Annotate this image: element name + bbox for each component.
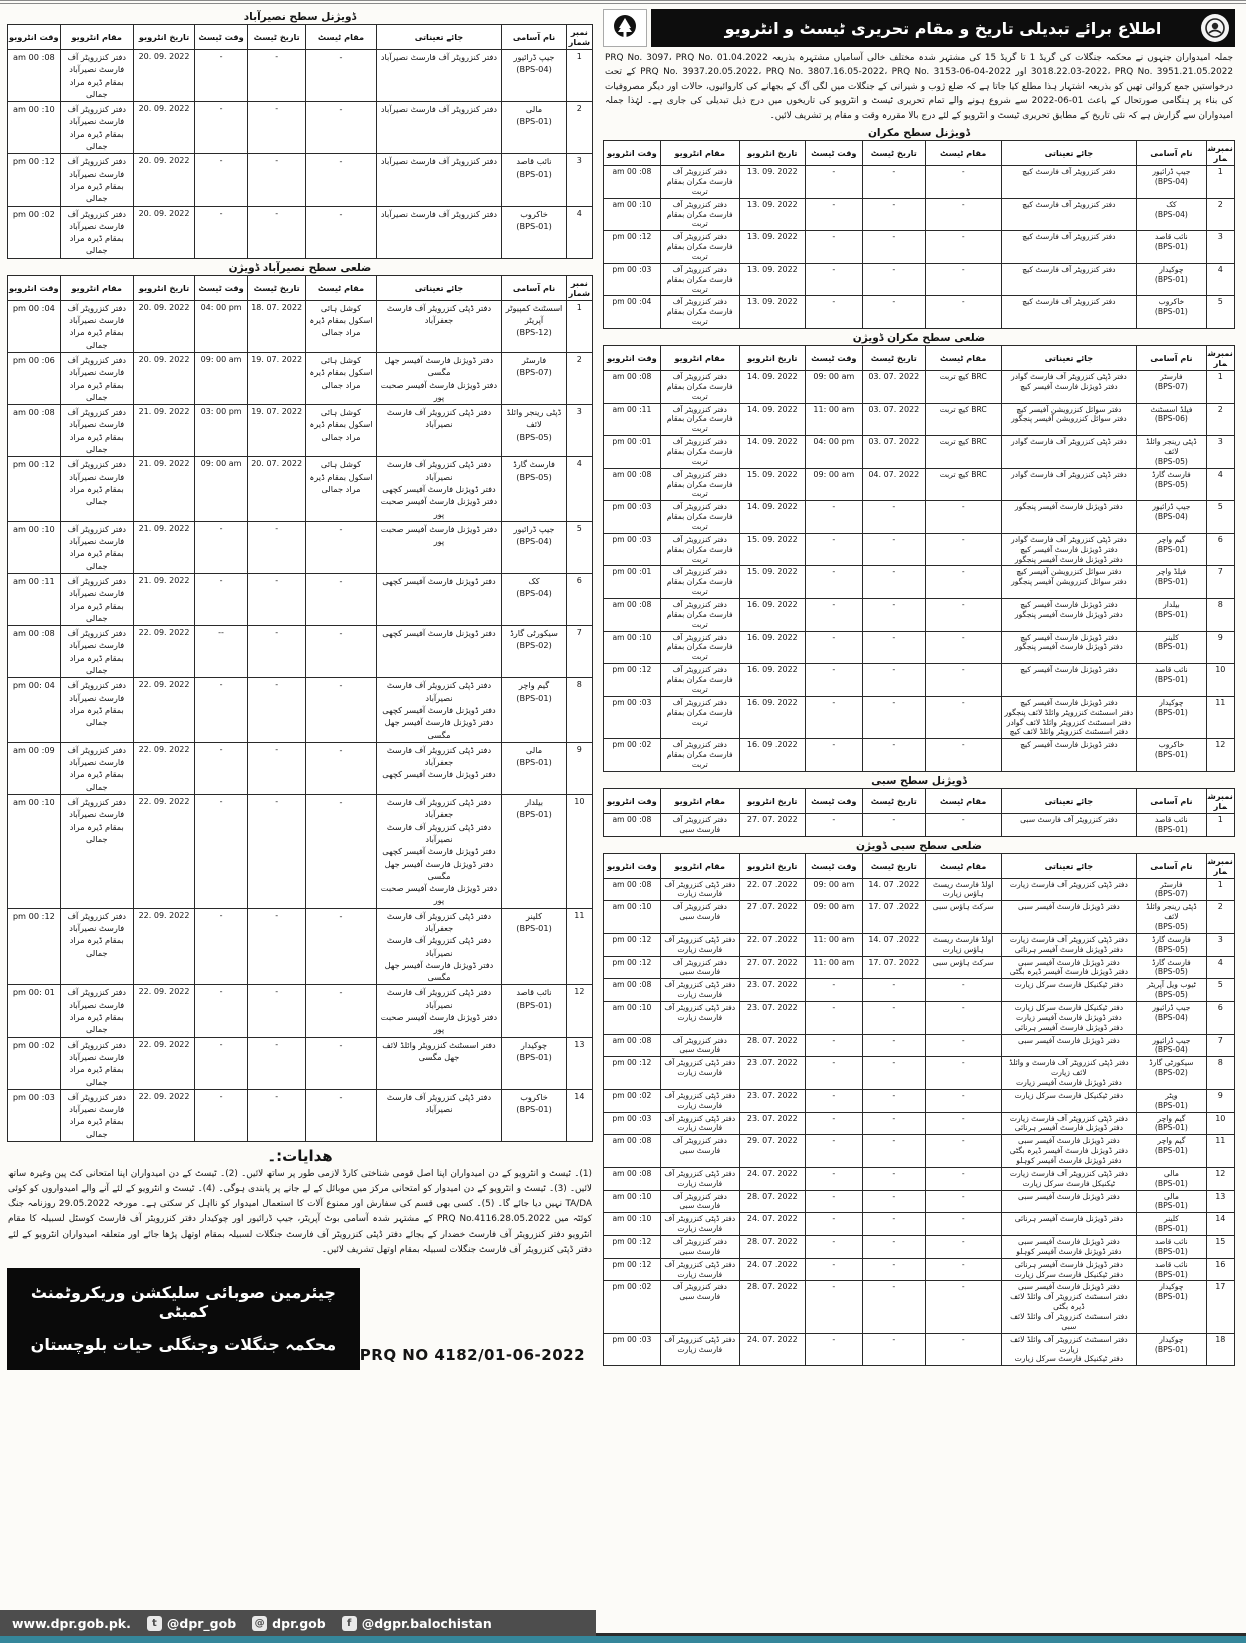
cell-interview-date: 16. 09. 2022 xyxy=(739,664,805,697)
cell-test-date: 19. 07. 2022 xyxy=(247,352,306,404)
cell-posting: دفتر ڈویژنل فارسٹ آفیسر جھل مگسی دفتر ڈو… xyxy=(376,352,502,404)
cell-test-date: - xyxy=(247,795,306,909)
cell-test-date: - xyxy=(862,1236,925,1259)
cell-post: کک (BPS-04) xyxy=(502,573,566,625)
cell-interview-location: دفتر کنزرویٹر آف فارسٹ مکران بمقام تربت xyxy=(660,263,739,296)
column-header: نمبرشمار xyxy=(1206,853,1234,878)
cell-test-location: کوشل ہائی اسکول بمقام ڈیرہ مراد جمالی xyxy=(306,405,376,457)
cell-serial: 7 xyxy=(1206,566,1234,599)
cell-post: فارسٹ گارڈ (BPS-05) xyxy=(1137,468,1206,501)
cell-interview-date: 23 .07. 2022 xyxy=(739,1057,805,1090)
cell-interview-date: 22. 09. 2022 xyxy=(133,678,194,742)
cell-interview-location: دفتر کنزرویٹر آف فارسٹ مکران بمقام تربت xyxy=(660,166,739,199)
cell-posting: دفتر ڈپٹی کنزرویٹر آف فارسٹ نصیرآباد xyxy=(376,405,502,457)
cell-interview-location: دفتر کنزرویٹر آف فارسٹ سبی xyxy=(660,1034,739,1057)
cell-interview-date: 16. 09 .2022 xyxy=(739,739,805,772)
cell-interview-location: دفتر کنزرویٹر آف فارسٹ سبی xyxy=(660,1190,739,1213)
cell-interview-location: دفتر ڈپٹی کنزرویٹر آف فارسٹ زیارت xyxy=(660,1213,739,1236)
cell-test-time: - xyxy=(805,1213,862,1236)
cell-test-time: - xyxy=(195,573,248,625)
cell-serial: 13 xyxy=(566,1037,592,1089)
column-header: وقت ٹیسٹ xyxy=(805,788,862,813)
table-row: 5خاکروب (BPS-01)دفتر کنزرویٹر آف فارسٹ ک… xyxy=(604,296,1235,329)
cell-test-date: - xyxy=(247,678,306,742)
cell-serial: 17 xyxy=(1206,1281,1234,1333)
cell-serial: 8 xyxy=(566,678,592,742)
cell-interview-date: 14. 09. 2022 xyxy=(739,403,805,436)
cell-test-time: - xyxy=(195,678,248,742)
cell-test-date: - xyxy=(862,631,925,664)
cell-interview-time: 10: 00 am xyxy=(604,198,661,231)
table-row: 2فارسٹر (BPS-07)دفتر ڈویژنل فارسٹ آفیسر … xyxy=(8,352,593,404)
schedule-table: نمبرشمارنام آسامیجائے تعیناتیمقام ٹیسٹتا… xyxy=(7,275,593,1142)
cell-test-date: - xyxy=(862,1112,925,1135)
cell-posting: دفتر ڈویژنل فارسٹ آفیسر کیچ دفتر ڈویژنل … xyxy=(1001,599,1137,632)
table-row: 1نائب قاصد (BPS-01)دفتر کنزرویٹر آف فارس… xyxy=(604,813,1235,836)
cell-test-time: - xyxy=(805,501,862,534)
cell-test-date: - xyxy=(247,154,306,206)
table-row: 4خاکروب (BPS-01)دفتر کنزرویٹر آف فارسٹ ن… xyxy=(8,206,593,258)
cell-test-time: - xyxy=(805,1057,862,1090)
cell-post: چوکیدار (BPS-01) xyxy=(1137,696,1206,738)
cell-interview-location: دفتر ڈپٹی کنزرویٹر آف فارسٹ زیارت xyxy=(660,933,739,956)
cell-posting: دفتر ڈپٹی کنزرویٹر آف فارسٹ گوادر دفتر ڈ… xyxy=(1001,533,1137,566)
cell-interview-time: 12: 00 pm xyxy=(604,1258,661,1281)
column-header: تاریخ انٹرویو xyxy=(739,853,805,878)
cell-test-time: - xyxy=(805,1167,862,1190)
cell-test-time: - xyxy=(805,231,862,264)
cell-interview-time: 12: 00 pm xyxy=(604,933,661,956)
cell-posting: دفتر کنزرویٹر آف فارسٹ نصیرآباد xyxy=(376,206,502,258)
cell-test-location: اولڈ فارسٹ ریسٹ ہاؤس زیارت xyxy=(925,933,1001,956)
cell-post: جیپ ڈرائیور (BPS-04) xyxy=(1137,1034,1206,1057)
cell-serial: 5 xyxy=(566,521,592,573)
crest-glyph xyxy=(1205,18,1225,38)
cell-interview-date: 22. 07 .2022 xyxy=(739,878,805,901)
cell-post: فارسٹر (BPS-07) xyxy=(1137,878,1206,901)
header-row: نمبرشمارنام آسامیجائے تعیناتیمقام ٹیسٹتا… xyxy=(604,141,1235,166)
cell-test-location: سرکٹ ہاؤس سبی xyxy=(925,901,1001,934)
cell-test-time: 09: 00 am xyxy=(805,901,862,934)
cell-interview-date: 21. 09. 2022 xyxy=(133,573,194,625)
cell-posting: دفتر ڈویژنل فارسٹ آفیسر پنجگور xyxy=(1001,501,1137,534)
cell-test-date: - xyxy=(247,742,306,794)
cell-post: جیپ ڈرائیور (BPS-04) xyxy=(502,521,566,573)
table-row: 1جیپ ڈرائیور (BPS-04)دفتر کنزرویٹر آف فا… xyxy=(604,166,1235,199)
cell-interview-location: دفتر کنزرویٹر آف فارسٹ سبی xyxy=(660,1135,739,1168)
cell-test-time: - xyxy=(195,154,248,206)
cell-test-date: - xyxy=(862,1213,925,1236)
cell-interview-location: دفتر کنزرویٹر آف فارسٹ مکران بمقام تربت xyxy=(660,739,739,772)
cell-post: فارسٹ گارڈ (BPS-05) xyxy=(1137,956,1206,979)
cell-test-location: - xyxy=(306,206,376,258)
cell-interview-location: دفتر کنزرویٹر آف فارسٹ نصیرآباد بمقام ڈی… xyxy=(60,352,133,404)
cell-test-date: - xyxy=(862,1057,925,1090)
table-row: 8گیم واچر (BPS-01)دفتر ڈپٹی کنزرویٹر آف … xyxy=(8,678,593,742)
cell-test-location: سرکٹ ہاؤس سبی xyxy=(925,956,1001,979)
cell-interview-time: 08: 00 am xyxy=(604,878,661,901)
cell-interview-date: 20. 09. 2022 xyxy=(133,352,194,404)
cell-serial: 18 xyxy=(1206,1333,1234,1366)
cell-interview-time: 12: 00 pm xyxy=(604,956,661,979)
website-label: www.dpr.gob.pk. xyxy=(12,1616,131,1631)
cell-test-time: - xyxy=(805,198,862,231)
cell-interview-time: 02: 00 pm xyxy=(604,739,661,772)
cell-serial: 12 xyxy=(1206,1167,1234,1190)
column-header: نام آسامی xyxy=(1137,788,1206,813)
table-row: 6کک (BPS-04)دفتر ڈویژنل فارسٹ آفیسر کچھی… xyxy=(8,573,593,625)
cell-test-date: - xyxy=(862,813,925,836)
notice-intro-paragraph: جملہ امیدواران جنہوں نے محکمہ جنگلات کی … xyxy=(603,50,1235,124)
cell-test-time: - xyxy=(805,533,862,566)
cell-serial: 1 xyxy=(1206,166,1234,199)
notice-header: اطلاع برائے تبدیلی تاریخ و مقام تحریری ٹ… xyxy=(603,9,1235,47)
cell-test-time: - xyxy=(195,985,248,1037)
cell-interview-location: دفتر کنزرویٹر آف فارسٹ مکران بمقام تربت xyxy=(660,468,739,501)
cell-interview-time: 08: 00 am xyxy=(604,468,661,501)
tree-logo-glyph xyxy=(612,14,638,42)
notice-title-banner: اطلاع برائے تبدیلی تاریخ و مقام تحریری ٹ… xyxy=(651,9,1235,47)
cell-post: نائب قاصد (BPS-01) xyxy=(502,985,566,1037)
cell-test-location: - xyxy=(925,166,1001,199)
cell-post: فیلڈ واچر (BPS-01) xyxy=(1137,566,1206,599)
column-header: نام آسامی xyxy=(502,25,566,50)
table-section-title: ڈویژنل سطح مکران xyxy=(603,125,1235,140)
column-header: مقام انٹرویو xyxy=(660,853,739,878)
cell-post: سیکورٹی گارڈ (BPS-02) xyxy=(1137,1057,1206,1090)
cell-interview-location: دفتر کنزرویٹر آف فارسٹ سبی xyxy=(660,1281,739,1333)
table-row: 5جیپ ڈرائیور (BPS-04)دفتر ڈویژنل فارسٹ آ… xyxy=(8,521,593,573)
notice-page: ڈویژنل سطح نصیرآبادنمبرشمارنام آسامیجائے… xyxy=(0,0,1246,1643)
cell-interview-location: دفتر کنزرویٹر آف فارسٹ مکران بمقام تربت xyxy=(660,664,739,697)
cell-test-time: - xyxy=(195,102,248,154)
table-row: 8سیکورٹی گارڈ (BPS-02)دفتر ڈپٹی کنزرویٹر… xyxy=(604,1057,1235,1090)
cell-test-location: - xyxy=(925,979,1001,1002)
table-row: 13چوکیدار (BPS-01)دفتر اسسٹنٹ کنزرویٹر و… xyxy=(8,1037,593,1089)
cell-test-time: - xyxy=(195,795,248,909)
cell-posting: دفتر ڈپٹی کنزرویٹر آف فارسٹ نصیرآباد دفت… xyxy=(376,678,502,742)
table-row: 7سیکورٹی گارڈ (BPS-02)دفتر ڈویژنل فارسٹ … xyxy=(8,626,593,678)
cell-test-time: - xyxy=(805,1034,862,1057)
column-header: وقت ٹیسٹ xyxy=(195,25,248,50)
cell-test-location: - xyxy=(925,631,1001,664)
cell-posting: دفتر کنزرویٹر آف فارسٹ نصیرآباد xyxy=(376,102,502,154)
instructions-text: (1)۔ ٹیسٹ و انٹرویو کے دن امیدواران اپنا… xyxy=(7,1167,593,1258)
cell-test-date: - xyxy=(862,1333,925,1366)
cell-test-time: 09: 00 am xyxy=(195,457,248,521)
cell-serial: 2 xyxy=(1206,403,1234,436)
table-row: 4چوکیدار (BPS-01)دفتر کنزرویٹر آف فارسٹ … xyxy=(604,263,1235,296)
cell-test-time: - xyxy=(805,1135,862,1168)
cell-posting: دفتر ڈویژنل فارسٹ آفیسر سبی xyxy=(1001,901,1137,934)
cell-test-location: - xyxy=(925,1213,1001,1236)
cell-test-date: - xyxy=(862,296,925,329)
cell-test-location: - xyxy=(306,742,376,794)
cell-post: خاکروب (BPS-01) xyxy=(502,1089,566,1141)
cell-test-location: - xyxy=(306,795,376,909)
cell-test-time: -- xyxy=(195,626,248,678)
cell-test-time: 04: 00 pm xyxy=(805,436,862,469)
table-row: 3ڈپٹی رینجر وائلڈ لائف (BPS-05)دفتر ڈپٹی… xyxy=(604,436,1235,469)
cell-serial: 3 xyxy=(1206,231,1234,264)
cell-interview-date: 20. 09. 2022 xyxy=(133,154,194,206)
column-header: نمبرشمار xyxy=(566,275,592,300)
table-row: 8بیلدار (BPS-01)دفتر ڈویژنل فارسٹ آفیسر … xyxy=(604,599,1235,632)
cell-serial: 11 xyxy=(1206,1135,1234,1168)
cell-post: ٹیوب ویل آپریٹر (BPS-05) xyxy=(1137,979,1206,1002)
table-row: 11چوکیدار (BPS-01)دفتر ڈویژنل فارسٹ آفیس… xyxy=(604,696,1235,738)
cell-interview-date: 29. 07. 2022 xyxy=(739,1135,805,1168)
cell-interview-date: 16. 09. 2022 xyxy=(739,696,805,738)
cell-interview-location: دفتر کنزرویٹر آف فارسٹ مکران بمقام تربت xyxy=(660,631,739,664)
cell-test-date: - xyxy=(862,739,925,772)
cell-interview-location: دفتر کنزرویٹر آف فارسٹ مکران بمقام تربت xyxy=(660,566,739,599)
cell-test-location: اولڈ فارسٹ ریسٹ ہاؤس زیارت xyxy=(925,878,1001,901)
cell-interview-date: 22. 09. 2022 xyxy=(133,908,194,985)
cell-test-time: - xyxy=(195,1089,248,1141)
cell-test-time: 11: 00 am xyxy=(805,933,862,956)
cell-test-location: - xyxy=(925,696,1001,738)
cell-interview-date: 28. 07. 2022 xyxy=(739,1034,805,1057)
cell-interview-date: 24. 07. 2022 xyxy=(739,1333,805,1366)
cell-interview-location: دفتر کنزرویٹر آف فارسٹ نصیرآباد بمقام ڈی… xyxy=(60,50,133,102)
column-header: وقت ٹیسٹ xyxy=(195,275,248,300)
cell-interview-date: 22. 07 .2022 xyxy=(739,933,805,956)
cell-posting: دفتر اسسٹنٹ کنزرویٹر آف وائلڈ لائف زیارت… xyxy=(1001,1333,1137,1366)
cell-interview-time: 03: 00 pm xyxy=(604,533,661,566)
cell-post: کک (BPS-04) xyxy=(1137,198,1206,231)
column-header: جائے تعیناتی xyxy=(1001,788,1137,813)
signature-line-1: چیئرمین صوبائی سلیکشن وریکروٹمنٹ کمیٹی xyxy=(13,1283,354,1321)
cell-interview-time: 04 :00 pm xyxy=(8,678,61,742)
table-row: 9کلینر (BPS-01)دفتر ڈویژنل فارسٹ آفیسر ک… xyxy=(604,631,1235,664)
column-header: نمبرشمار xyxy=(1206,788,1234,813)
table-row: 1فارسٹر (BPS-07)دفتر ڈپٹی کنزرویٹر آف فا… xyxy=(604,878,1235,901)
website-link: www.dpr.gob.pk. xyxy=(12,1616,131,1631)
cell-serial: 10 xyxy=(1206,664,1234,697)
table-row: 7جیپ ڈرائیور (BPS-04)دفتر ڈویژنل فارسٹ آ… xyxy=(604,1034,1235,1057)
cell-test-date: - xyxy=(247,1037,306,1089)
cell-serial: 11 xyxy=(566,908,592,985)
table-section-title: ڈویژنل سطح نصیرآباد xyxy=(7,9,593,24)
cell-interview-location: دفتر کنزرویٹر آف فارسٹ سبی xyxy=(660,956,739,979)
column-header: مقام ٹیسٹ xyxy=(925,788,1001,813)
cell-post: ویٹر (BPS-01) xyxy=(1137,1089,1206,1112)
cell-interview-location: دفتر کنزرویٹر آف فارسٹ مکران بمقام تربت xyxy=(660,599,739,632)
cell-post: فارسٹر (BPS-07) xyxy=(502,352,566,404)
cell-test-location: BRC کیچ تربت xyxy=(925,436,1001,469)
instructions-heading: هدایات:۔ xyxy=(7,1147,593,1165)
cell-post: خاکروب (BPS-01) xyxy=(1137,739,1206,772)
cell-test-date: - xyxy=(247,908,306,985)
cell-interview-date: 27. 07. 2022 xyxy=(739,813,805,836)
cell-test-time: - xyxy=(805,1281,862,1333)
table-row: 7فیلڈ واچر (BPS-01)دفتر سوائل کنزرویشن آ… xyxy=(604,566,1235,599)
cell-serial: 13 xyxy=(1206,1190,1234,1213)
cell-test-location: - xyxy=(925,1112,1001,1135)
cell-post: کلینر (BPS-01) xyxy=(502,908,566,985)
cell-interview-location: دفتر ڈپٹی کنزرویٹر آف فارسٹ زیارت xyxy=(660,1167,739,1190)
cell-test-date: - xyxy=(247,573,306,625)
cell-posting: دفتر ڈپٹی کنزرویٹر آف فارسٹ و وائلڈ لائف… xyxy=(1001,1057,1137,1090)
cell-interview-date: 21. 09. 2022 xyxy=(133,521,194,573)
cell-post: گیم واچر (BPS-01) xyxy=(1137,1112,1206,1135)
cell-serial: 15 xyxy=(1206,1236,1234,1259)
cell-test-date: - xyxy=(862,566,925,599)
table-row: 12خاکروب (BPS-01)دفتر ڈویژنل فارسٹ آفیسر… xyxy=(604,739,1235,772)
cell-test-time: 09: 00 am xyxy=(195,352,248,404)
cell-test-time: - xyxy=(805,263,862,296)
instagram-icon: @ xyxy=(252,1616,267,1631)
cell-test-location: - xyxy=(925,566,1001,599)
cell-interview-date: 15. 09. 2022 xyxy=(739,533,805,566)
cell-interview-date: 15. 09. 2022 xyxy=(739,566,805,599)
schedule-table: نمبرشمارنام آسامیجائے تعیناتیمقام ٹیسٹتا… xyxy=(603,140,1235,329)
column-header: تاریخ انٹرویو xyxy=(133,275,194,300)
cell-post: مالی (BPS-01) xyxy=(1137,1190,1206,1213)
cell-interview-time: 02: 00 pm xyxy=(8,206,61,258)
column-header: تاریخ انٹرویو xyxy=(739,346,805,371)
cell-post: نائب قاصد (BPS-01) xyxy=(1137,813,1206,836)
cell-test-date: - xyxy=(862,231,925,264)
cell-serial: 2 xyxy=(566,352,592,404)
cell-posting: دفتر کنزرویٹر آف فارسٹ کیچ xyxy=(1001,231,1137,264)
cell-posting: دفتر ڈویژنل فارسٹ آفیسر کیچ xyxy=(1001,664,1137,697)
cell-serial: 5 xyxy=(1206,296,1234,329)
column-header: مقام ٹیسٹ xyxy=(306,275,376,300)
cell-interview-location: دفتر کنزرویٹر آف فارسٹ سبی xyxy=(660,813,739,836)
table-row: 9ویٹر (BPS-01)دفتر ٹیکنیکل فارسٹ سرکل زی… xyxy=(604,1089,1235,1112)
cell-interview-date: 23. 07. 2022 xyxy=(739,979,805,1002)
cell-test-time: - xyxy=(805,566,862,599)
cell-interview-location: دفتر کنزرویٹر آف فارسٹ مکران بمقام تربت xyxy=(660,696,739,738)
table-row: 3ڈپٹی رینجر وائلڈ لائف (BPS-05)دفتر ڈپٹی… xyxy=(8,405,593,457)
cell-interview-location: دفتر ڈپٹی کنزرویٹر آف فارسٹ زیارت xyxy=(660,1001,739,1034)
cell-interview-location: دفتر کنزرویٹر آف فارسٹ مکران بمقام تربت xyxy=(660,533,739,566)
cell-interview-time: 12: 00 pm xyxy=(8,154,61,206)
cell-test-location: - xyxy=(925,1333,1001,1366)
cell-post: نائب قاصد (BPS-01) xyxy=(1137,1258,1206,1281)
table-row: 9مالی (BPS-01)دفتر ڈپٹی کنزرویٹر آف فارس… xyxy=(8,742,593,794)
table-row: 13مالی (BPS-01)دفتر ڈویژنل فارسٹ آفیسر س… xyxy=(604,1190,1235,1213)
cell-test-time: 09: 00 am xyxy=(805,878,862,901)
cell-posting: دفتر ڈپٹی کنزرویٹر آف فارسٹ جعفرآباد دفت… xyxy=(376,795,502,909)
cell-serial: 9 xyxy=(566,742,592,794)
cell-post: خاکروب (BPS-01) xyxy=(1137,296,1206,329)
cell-serial: 12 xyxy=(1206,739,1234,772)
header-row: نمبرشمارنام آسامیجائے تعیناتیمقام ٹیسٹتا… xyxy=(604,346,1235,371)
header-row: نمبرشمارنام آسامیجائے تعیناتیمقام ٹیسٹتا… xyxy=(604,788,1235,813)
column-header: نمبرشمار xyxy=(566,25,592,50)
header-row: نمبرشمارنام آسامیجائے تعیناتیمقام ٹیسٹتا… xyxy=(8,25,593,50)
cell-posting: دفتر ڈویژنل فارسٹ آفیسر کچھی xyxy=(376,573,502,625)
cell-interview-location: دفتر کنزرویٹر آف فارسٹ مکران بمقام تربت xyxy=(660,198,739,231)
cell-post: جیپ ڈرائیور (BPS-04) xyxy=(1137,166,1206,199)
cell-posting: دفتر کنزرویٹر آف فارسٹ کیچ xyxy=(1001,296,1137,329)
column-header: تاریخ انٹرویو xyxy=(133,25,194,50)
cell-posting: دفتر ڈویژنل فارسٹ آفیسر سبی دفتر ڈویژنل … xyxy=(1001,1135,1137,1168)
cell-interview-date: 14. 09. 2022 xyxy=(739,436,805,469)
cell-serial: 3 xyxy=(566,154,592,206)
cell-post: فارسٹ گارڈ (BPS-05) xyxy=(502,457,566,521)
column-header: وقت انٹرویو xyxy=(604,853,661,878)
cell-post: نائب قاصد (BPS-01) xyxy=(1137,1236,1206,1259)
column-header: تاریخ ٹیسٹ xyxy=(862,346,925,371)
cell-interview-date: 13. 09. 2022 xyxy=(739,166,805,199)
cell-interview-location: دفتر ڈپٹی کنزرویٹر آف فارسٹ زیارت xyxy=(660,1333,739,1366)
cell-interview-location: دفتر کنزرویٹر آف فارسٹ نصیرآباد بمقام ڈی… xyxy=(60,1089,133,1141)
cell-interview-time: 02: 00 pm xyxy=(604,1089,661,1112)
cell-test-location: - xyxy=(925,1089,1001,1112)
table-row: 4فارسٹ گارڈ (BPS-05)دفتر ڈویژنل فارسٹ آف… xyxy=(604,956,1235,979)
schedule-table: نمبرشمارنام آسامیجائے تعیناتیمقام ٹیسٹتا… xyxy=(7,24,593,259)
cell-post: نائب قاصد (BPS-01) xyxy=(1137,231,1206,264)
cell-test-time: - xyxy=(805,1089,862,1112)
cell-serial: 14 xyxy=(566,1089,592,1141)
cell-interview-location: دفتر کنزرویٹر آف فارسٹ مکران بمقام تربت xyxy=(660,436,739,469)
cell-interview-location: دفتر کنزرویٹر آف فارسٹ نصیرآباد بمقام ڈی… xyxy=(60,573,133,625)
cell-serial: 2 xyxy=(566,102,592,154)
cell-interview-location: دفتر کنزرویٹر آف فارسٹ مکران بمقام تربت xyxy=(660,231,739,264)
cell-test-time: - xyxy=(805,296,862,329)
cell-interview-date: 23. 07. 2022 xyxy=(739,1001,805,1034)
cell-test-time: - xyxy=(805,599,862,632)
cell-test-location: کوشل ہائی اسکول بمقام ڈیرہ مراد جمالی xyxy=(306,457,376,521)
cell-post: جیپ ڈرائیور (BPS-04) xyxy=(1137,501,1206,534)
cell-interview-date: 22. 09. 2022 xyxy=(133,626,194,678)
cell-interview-time: 01 :00 pm xyxy=(8,985,61,1037)
cell-interview-time: 08: 00 am xyxy=(604,813,661,836)
table-row: 4فارسٹ گارڈ (BPS-05)دفتر ڈپٹی کنزرویٹر آ… xyxy=(8,457,593,521)
table-row: 10گیم واچر (BPS-01)دفتر ڈپٹی کنزرویٹر آف… xyxy=(604,1112,1235,1135)
cell-interview-location: دفتر کنزرویٹر آف فارسٹ نصیرآباد بمقام ڈی… xyxy=(60,678,133,742)
cell-posting: دفتر سوائل کنزرویشن آفیسر کیچ دفتر سوائل… xyxy=(1001,403,1137,436)
cell-interview-date: 27 .07. 2022 xyxy=(739,901,805,934)
cell-interview-time: 10: 00 am xyxy=(604,631,661,664)
cell-interview-time: 12: 00 pm xyxy=(604,1057,661,1090)
cell-interview-time: 10: 00 am xyxy=(604,1213,661,1236)
cell-interview-time: 03: 00 pm xyxy=(604,263,661,296)
cell-interview-date: 21. 09. 2022 xyxy=(133,457,194,521)
cell-post: بیلدار (BPS-01) xyxy=(502,795,566,909)
government-crest-icon xyxy=(1201,14,1229,42)
cell-serial: 3 xyxy=(1206,436,1234,469)
cell-interview-date: 28. 07. 2022 xyxy=(739,1236,805,1259)
cell-posting: دفتر کنزرویٹر آف فارسٹ کیچ xyxy=(1001,166,1137,199)
cell-posting: دفتر کنزرویٹر آف فارسٹ سبی xyxy=(1001,813,1137,836)
schedule-table: نمبرشمارنام آسامیجائے تعیناتیمقام ٹیسٹتا… xyxy=(603,788,1235,837)
column-header: جائے تعیناتی xyxy=(1001,346,1137,371)
cell-interview-date: 28. 07. 2022 xyxy=(739,1190,805,1213)
cell-interview-time: 03: 00 pm xyxy=(8,1089,61,1141)
cell-test-date: - xyxy=(862,979,925,1002)
cell-post: چوکیدار (BPS-01) xyxy=(1137,263,1206,296)
cell-interview-time: 11: 00 am xyxy=(8,573,61,625)
cell-interview-date: 22. 09. 2022 xyxy=(133,742,194,794)
cell-test-date: - xyxy=(862,263,925,296)
cell-interview-date: 16. 09. 2022 xyxy=(739,631,805,664)
cell-interview-location: دفتر کنزرویٹر آف فارسٹ نصیرآباد بمقام ڈی… xyxy=(60,457,133,521)
cell-test-date: - xyxy=(862,533,925,566)
cell-interview-location: دفتر ڈپٹی کنزرویٹر آف فارسٹ زیارت xyxy=(660,878,739,901)
cell-interview-location: دفتر کنزرویٹر آف فارسٹ مکران بمقام تربت xyxy=(660,501,739,534)
table-row: 14کلینر (BPS-01)دفتر ڈویژنل فارسٹ آفیسر … xyxy=(604,1213,1235,1236)
cell-test-date: - xyxy=(862,696,925,738)
cell-posting: دفتر ڈویژنل فارسٹ آفیسر سبی xyxy=(1001,1190,1137,1213)
cell-test-date: - xyxy=(247,985,306,1037)
column-header: جائے تعیناتی xyxy=(376,25,502,50)
cell-test-location: - xyxy=(925,231,1001,264)
